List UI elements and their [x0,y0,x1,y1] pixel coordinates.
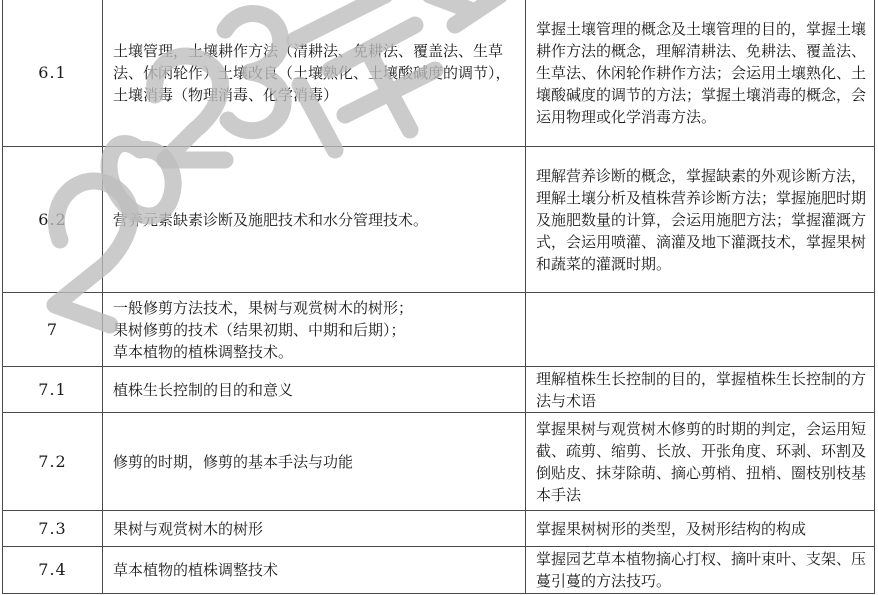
section-number: 6.1 [3,0,103,147]
requirement-cell: 掌握土壤管理的概念及土壤管理的目的，掌握土壤耕作方法的概念，理解清耕法、免耕法、… [526,0,875,147]
content-cell: 营养元素缺素诊断及施肥技术和水分管理技术。 [103,147,526,293]
requirement-cell: 掌握果树与观赏树木修剪的时期的判定，会运用短截、疏剪、缩剪、长放、开张角度、环剥… [526,413,875,511]
content-cell: 修剪的时期，修剪的基本手法与功能 [103,413,526,511]
requirement-cell [526,293,875,367]
section-number: 7.1 [3,367,103,413]
table-row: 7 一般修剪方法技术，果树与观赏树木的树形； 果树修剪的技术（结果初期、中期和后… [3,293,875,367]
content-cell: 土壤管理，土壤耕作方法（清耕法、免耕法、覆盖法、生草法、休闲轮作）土壤改良（土壤… [103,0,526,147]
syllabus-table: 6.1 土壤管理，土壤耕作方法（清耕法、免耕法、覆盖法、生草法、休闲轮作）土壤改… [2,0,875,594]
table-row: 7.1 植株生长控制的目的和意义 理解植株生长控制的目的，掌握植株生长控制的方法… [3,367,875,413]
content-line: 果树修剪的技术（结果初期、中期和后期）； [113,319,517,341]
section-number: 6.2 [3,147,103,293]
table-row: 7.2 修剪的时期，修剪的基本手法与功能 掌握果树与观赏树木修剪的时期的判定，会… [3,413,875,511]
requirement-cell: 理解营养诊断的概念，掌握缺素的外观诊断方法，理解土壤分析及植株营养诊断方法；掌握… [526,147,875,293]
table-row: 7.4 草本植物的植株调整技术 掌握园艺草本植物摘心打杈、摘叶束叶、支架、压蔓引… [3,547,875,594]
section-number: 7.4 [3,547,103,594]
table-row: 7.3 果树与观赏树木的树形 掌握果树树形的类型，及树形结构的构成 [3,511,875,547]
section-number: 7 [3,293,103,367]
requirement-cell: 理解植株生长控制的目的，掌握植株生长控制的方法与术语 [526,367,875,413]
content-cell: 草本植物的植株调整技术 [103,547,526,594]
content-line: 一般修剪方法技术，果树与观赏树木的树形； [113,297,517,319]
table-row: 6.1 土壤管理，土壤耕作方法（清耕法、免耕法、覆盖法、生草法、休闲轮作）土壤改… [3,0,875,147]
content-cell: 果树与观赏树木的树形 [103,511,526,547]
table-row: 6.2 营养元素缺素诊断及施肥技术和水分管理技术。 理解营养诊断的概念，掌握缺素… [3,147,875,293]
section-number: 7.2 [3,413,103,511]
content-line: 草本植物的植株调整技术。 [113,341,517,363]
content-cell: 植株生长控制的目的和意义 [103,367,526,413]
content-cell: 一般修剪方法技术，果树与观赏树木的树形； 果树修剪的技术（结果初期、中期和后期）… [103,293,526,367]
requirement-cell: 掌握园艺草本植物摘心打杈、摘叶束叶、支架、压蔓引蔓的方法技巧。 [526,547,875,594]
requirement-cell: 掌握果树树形的类型，及树形结构的构成 [526,511,875,547]
section-number: 7.3 [3,511,103,547]
